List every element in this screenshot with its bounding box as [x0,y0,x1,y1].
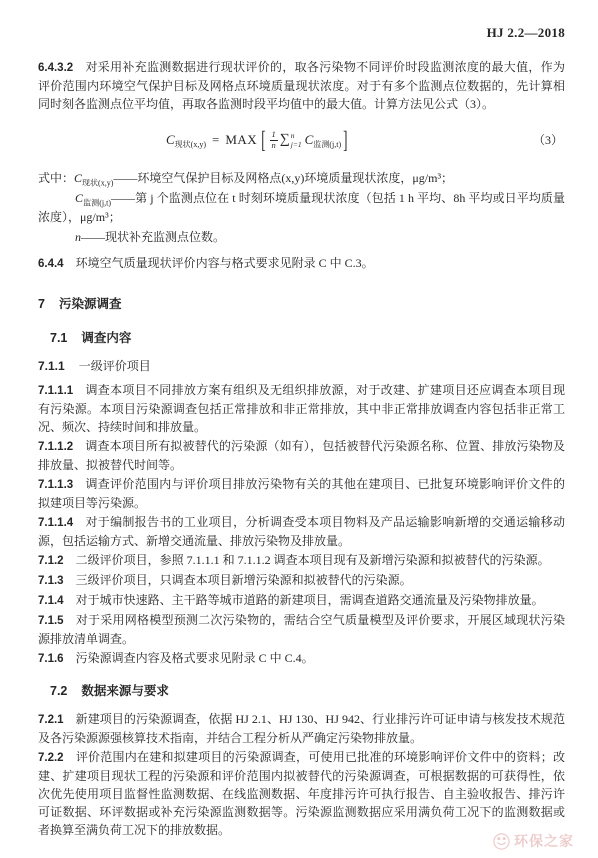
clause-text: 调查评价范围内与评价项目排放污染物有关的其他在建项目、已批复环境影响评价文件的拟… [38,477,565,510]
clause-number: 7.1.6 [38,653,64,665]
clause-text: 对于编制报告书的工业项目，分析调查受本项目物料及产品运输影响新增的交通运输移动源… [38,515,565,548]
clause-6-4-4: 6.4.4环境空气质量现状评价内容与格式要求见附录 C 中 C.3。 [38,254,565,273]
clause-7-1-1-3: 7.1.1.3调查评价范围内与评价项目排放污染物有关的其他在建项目、已批复环境影… [38,475,565,512]
clause-number: 6.4.3.2 [38,62,73,74]
section-7-2-heading: 7.2数据来源与要求 [50,682,565,700]
clause-text: 调查本项目所有拟被替代的污染源（如有），包括被替代污染源名称、位置、排放污染物及… [38,439,565,472]
formula-lhs: C现状(x,y) [166,131,206,149]
definition-line: C监测(j,t)——第 j 个监测点位在 t 时刻环境质量现状浓度（包括 1 h… [38,189,565,225]
clause-7-1-1-2: 7.1.1.2调查本项目所有拟被替代的污染源（如有），包括被替代污染源名称、位置… [38,437,565,474]
clause-7-2-1: 7.2.1新建项目的污染源调查，依据 HJ 2.1、HJ 130、HJ 942、… [38,710,565,747]
clause-number: 7.1.1.4 [38,517,73,529]
clause-7-1-2: 7.1.2二级评价项目，参照 7.1.1.1 和 7.1.1.2 调查本项目现有… [38,551,565,570]
watermark: 环保之家 [493,832,574,850]
clause-7-1-1-4: 7.1.1.4对于编制报告书的工业项目，分析调查受本项目物料及产品运输影响新增的… [38,513,565,550]
clause-text: 对于采用网格模型预测二次污染物的，需结合空气质量模型及评价要求，开展区域现状污染… [38,613,565,646]
clause-text: 新建项目的污染源调查，依据 HJ 2.1、HJ 130、HJ 942、行业排污许… [38,712,565,745]
clause-text: 评价范围内在建和拟建项目的污染源调查，可使用已批准的环境影响评价文件中的资料；改… [38,750,565,837]
clause-text: 三级评价项目，只调查本项目新增污染源和拟被替代的污染源。 [76,573,412,587]
max-operator: MAX [225,131,257,149]
clause-7-1-3: 7.1.3三级评价项目，只调查本项目新增污染源和拟被替代的污染源。 [38,571,565,590]
definition-line: 式中：C现状(x,y)——环境空气保护目标及网格点(x,y)环境质量现状浓度，μ… [38,169,565,187]
clause-number: 6.4.4 [38,258,64,270]
clause-7-1-4: 7.1.4对于城市快速路、主干路等城市道路的新建项目，需调查道路交通流量及污染物… [38,591,565,610]
where-label: 式中： [38,171,74,185]
clause-text: 对采用补充监测数据进行现状评价的，取各污染物不同评价时段监测浓度的最大值，作为评… [38,60,565,111]
document-page: HJ 2.2—2018 6.4.3.2对采用补充监测数据进行现状评价的，取各污染… [0,0,598,858]
equation-number: （3） [533,131,563,149]
clause-7-1-5: 7.1.5对于采用网格模型预测二次污染物的，需结合空气质量模型及评价要求，开展区… [38,611,565,648]
fraction-1-over-n: 1n [270,130,278,151]
clause-number: 7.1.2 [38,555,64,567]
formula-3: C现状(x,y) = MAX [ 1n ∑ nj=1 C监测(j,t) ] （3… [38,121,565,159]
open-bracket: [ [261,123,265,157]
clause-text: 环境空气质量现状评价内容与格式要求见附录 C 中 C.3。 [76,256,374,270]
clause-7-1-1-1: 7.1.1.1调查本项目不同排放方案有组织及无组织排放源，对于改建、扩建项目还应… [38,381,565,436]
close-bracket: ] [343,123,347,157]
panda-circle-logo-icon [493,833,510,850]
clause-7-1-6: 7.1.6污染源调查内容及格式要求见附录 C 中 C.4。 [38,649,565,668]
formula-definitions: 式中：C现状(x,y)——环境空气保护目标及网格点(x,y)环境质量现状浓度，μ… [38,169,565,246]
clause-7-2-2: 7.2.2评价范围内在建和拟建项目的污染源调查，可使用已批准的环境影响评价文件中… [38,748,565,839]
section-7-1-heading: 7.1调查内容 [50,329,565,347]
clause-number: 7.2.1 [38,714,64,726]
clause-number: 7.1.4 [38,595,64,607]
sigma-symbol: ∑ [280,133,290,147]
summation: ∑ nj=1 [280,131,302,149]
formula-expression: C现状(x,y) = MAX [ 1n ∑ nj=1 C监测(j,t) ] [166,130,349,151]
sigma-lower-limit: j=1 [291,140,302,149]
clause-number: 7.1.5 [38,615,64,627]
clause-text: 污染源调查内容及格式要求见附录 C 中 C.4。 [76,651,314,665]
equals-sign: = [212,131,219,149]
watermark-text: 环保之家 [514,832,574,850]
clause-7-1-1-heading: 7.1.1一级评价项目 [38,357,565,375]
clause-number: 7.1.1.3 [38,479,73,491]
clause-number: 7.1.1.2 [38,441,73,453]
page-header: HJ 2.2—2018 [38,24,565,42]
clause-6-4-3-2: 6.4.3.2对采用补充监测数据进行现状评价的，取各污染物不同评价时段监测浓度的… [38,58,565,113]
clause-number: 7.1.1.1 [38,385,73,397]
clause-text: 二级评价项目，参照 7.1.1.1 和 7.1.1.2 调查本项目现有及新增污染… [76,553,550,567]
clause-text: 调查本项目不同排放方案有组织及无组织排放源，对于改建、扩建项目还应调查本项目现有… [38,383,565,434]
clause-number: 7.1.3 [38,575,64,587]
section-7-heading: 7污染源调查 [38,295,565,313]
clause-text: 对于城市快速路、主干路等城市道路的新建项目，需调查道路交通流量及污染物排放量。 [76,593,544,607]
clause-number: 7.2.2 [38,752,64,764]
standard-number: HJ 2.2—2018 [487,25,565,40]
sigma-upper-limit: n [291,131,295,140]
definition-line: n——现状补充监测点位数。 [38,228,565,246]
formula-rhs: C监测(j,t) [305,131,341,149]
